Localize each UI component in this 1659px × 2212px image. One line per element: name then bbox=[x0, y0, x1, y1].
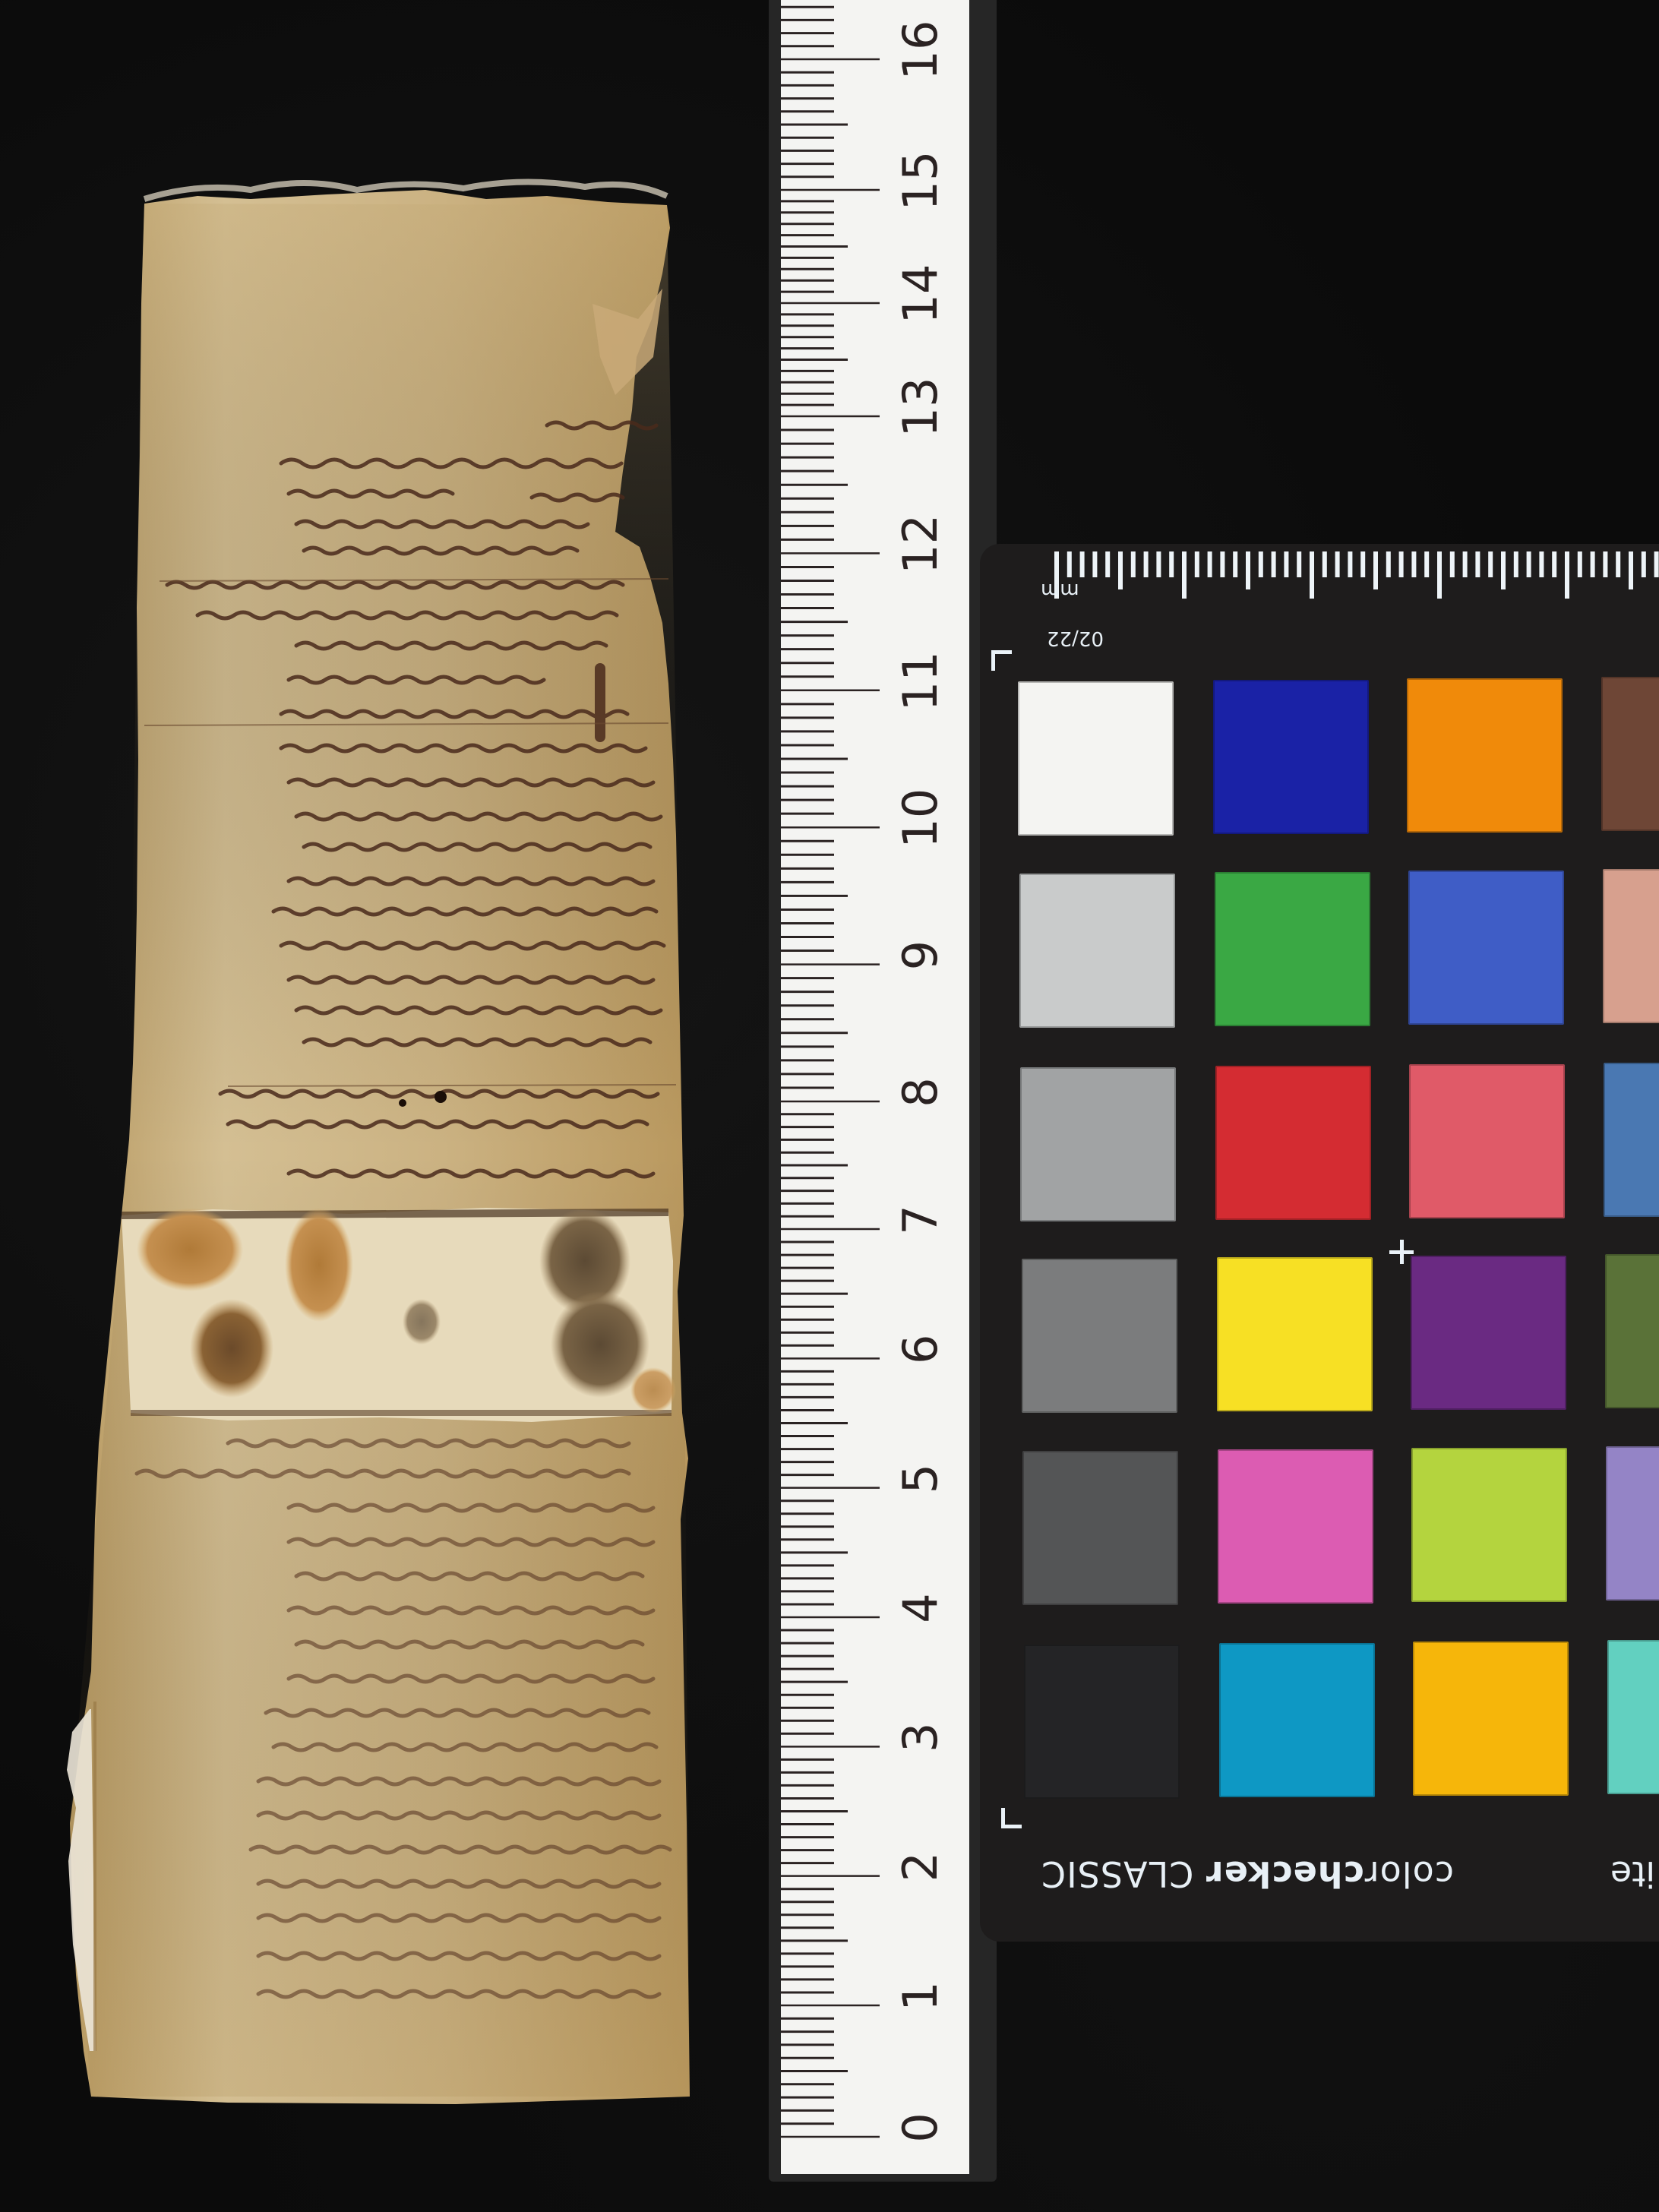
patch-white bbox=[1018, 681, 1174, 836]
ruler-label-3: 3 bbox=[893, 1723, 948, 1752]
ruler-label-14: 14 bbox=[893, 264, 948, 324]
patch-cyan bbox=[1219, 1643, 1375, 1797]
ruler-label-1: 1 bbox=[893, 1981, 948, 2011]
registration-mark-bottom-left bbox=[1001, 1808, 1022, 1828]
ruler-label-13: 13 bbox=[893, 378, 948, 438]
patch-green bbox=[1215, 872, 1370, 1026]
ruler-label-6: 6 bbox=[893, 1335, 948, 1364]
ruler-label-10: 10 bbox=[893, 788, 948, 848]
patch-blue bbox=[1213, 680, 1369, 834]
patch-magenta bbox=[1218, 1449, 1373, 1604]
ruler-label-12: 12 bbox=[893, 514, 948, 574]
ruler-label-9: 9 bbox=[893, 940, 948, 970]
ruler-label-7: 7 bbox=[893, 1205, 948, 1234]
date-code: 02/22 bbox=[1047, 627, 1104, 649]
patch-yellow-green bbox=[1411, 1448, 1567, 1602]
patch-bluish-green bbox=[1607, 1640, 1659, 1794]
patch-light-skin bbox=[1603, 869, 1659, 1023]
registration-mark-top-left bbox=[991, 650, 1012, 671]
patch-purplish-blue bbox=[1408, 871, 1564, 1025]
ruler-label-2: 2 bbox=[893, 1852, 948, 1882]
patch-neutral-5 bbox=[1022, 1259, 1177, 1413]
brand-logo-partial: ite bbox=[1610, 1853, 1655, 1894]
crosshair-mark bbox=[1388, 1238, 1415, 1266]
ruler-label-8: 8 bbox=[893, 1077, 948, 1107]
patch-blue-flower bbox=[1606, 1446, 1659, 1601]
ruler-label-16: 16 bbox=[893, 21, 948, 81]
patch-orange bbox=[1407, 678, 1563, 833]
ruler-label-0: 0 bbox=[893, 2112, 948, 2142]
mm-unit-label: mm bbox=[1041, 579, 1079, 602]
ruler-label-15: 15 bbox=[893, 151, 948, 211]
ruler-label-5: 5 bbox=[893, 1464, 948, 1493]
patch-dark-skin bbox=[1601, 677, 1659, 831]
patch-neutral-6.5 bbox=[1020, 1067, 1176, 1221]
patch-neutral-3.5 bbox=[1022, 1451, 1178, 1605]
patch-neutral-8 bbox=[1019, 874, 1175, 1028]
patch-purple bbox=[1411, 1256, 1566, 1410]
patch-blue-sky bbox=[1604, 1063, 1659, 1217]
patch-red bbox=[1215, 1066, 1371, 1220]
patch-orange-yellow bbox=[1413, 1642, 1569, 1796]
patch-yellow bbox=[1217, 1257, 1373, 1411]
ruler-label-11: 11 bbox=[893, 651, 948, 711]
ruler-scale: 012345678910111213141516 bbox=[781, 0, 969, 2174]
patch-black bbox=[1024, 1645, 1180, 1799]
ruler-label-4: 4 bbox=[893, 1593, 948, 1623]
manuscript-fragment bbox=[0, 0, 760, 2212]
product-name: colorchecker CLASSIC bbox=[1041, 1853, 1454, 1894]
patch-moderate-red bbox=[1409, 1064, 1565, 1218]
patch-foliage bbox=[1605, 1254, 1659, 1408]
